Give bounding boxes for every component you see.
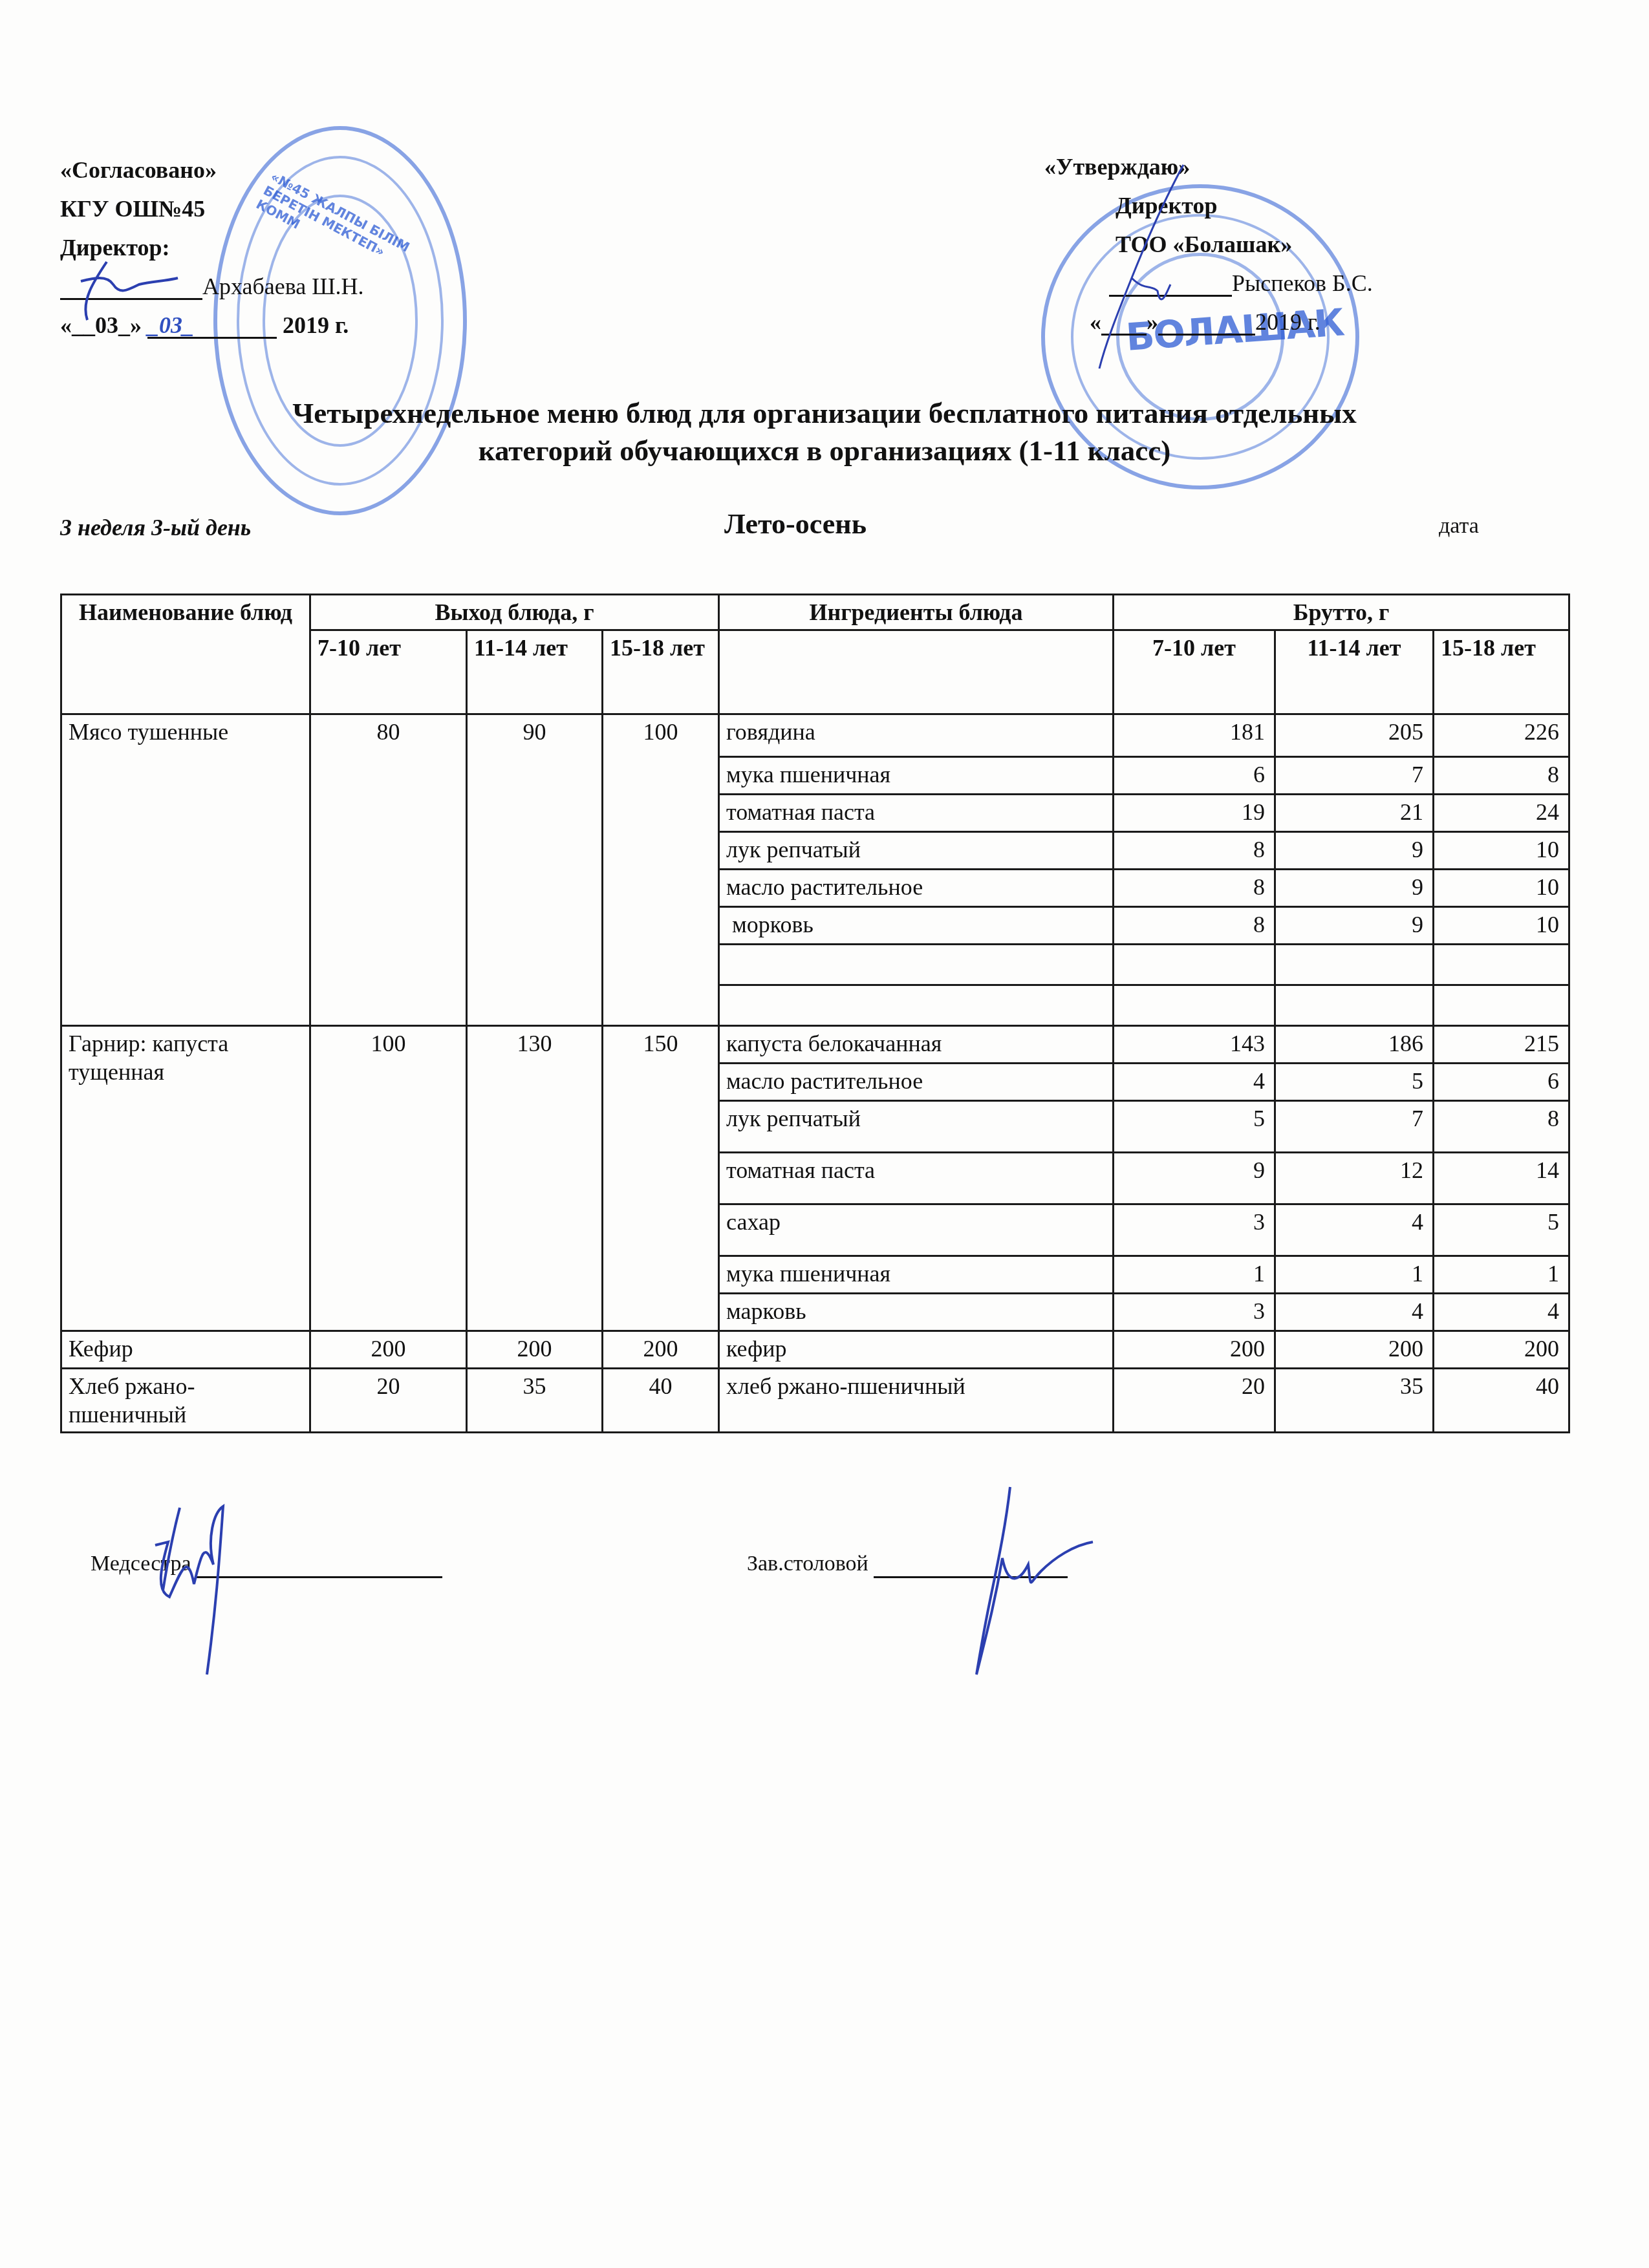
ingredient-gross-3: 226	[1434, 714, 1569, 757]
dish-yield-2: 130	[467, 1026, 603, 1331]
ingredient-gross-1: 200	[1114, 1331, 1275, 1369]
ingredient-name: марковь	[719, 1294, 1114, 1331]
table-row: Гарнир: капуста тущенная100130150капуста…	[61, 1026, 1569, 1064]
ingredient-gross-3: 200	[1434, 1331, 1569, 1369]
ingredient-name: кефир	[719, 1331, 1114, 1369]
ingredient-name: масло растительное	[719, 1064, 1114, 1101]
header-gross-age-2: 11-14 лет	[1275, 630, 1434, 714]
table-row: Кефир200200200кефир200200200	[61, 1331, 1569, 1369]
ingredient-gross-3	[1434, 985, 1569, 1026]
ingredient-gross-1: 20	[1114, 1369, 1275, 1433]
ingredient-name	[719, 945, 1114, 985]
ingredient-gross-3: 24	[1434, 795, 1569, 832]
ingredient-gross-3: 10	[1434, 832, 1569, 870]
ingredient-gross-3: 8	[1434, 1101, 1569, 1153]
director-ink-signature-icon	[68, 255, 197, 346]
title-line-1: Четырехнедельное меню блюд для организац…	[0, 394, 1649, 432]
header-gross-age-1: 7-10 лет	[1114, 630, 1275, 714]
header-yield-age-3: 15-18 лет	[603, 630, 719, 714]
ingredient-gross-1: 143	[1114, 1026, 1275, 1064]
nurse-ink-signature-icon	[110, 1493, 278, 1681]
ingredient-gross-2: 9	[1275, 907, 1434, 945]
ingredient-gross-2: 12	[1275, 1153, 1434, 1204]
agreed-date-year: 2019 г.	[283, 312, 349, 338]
table-row: Хлеб ржано-пшеничный203540хлеб ржано-пше…	[61, 1369, 1569, 1433]
ingredient-name: капуста белокачанная	[719, 1026, 1114, 1064]
ingredient-name: морковь	[719, 907, 1114, 945]
ingredient-gross-3: 6	[1434, 1064, 1569, 1101]
ingredient-gross-1: 6	[1114, 757, 1275, 795]
menu-table-body: Мясо тушенные8090100говядина181205226мук…	[61, 714, 1569, 1433]
ingredient-name: томатная паста	[719, 1153, 1114, 1204]
ingredient-gross-2: 200	[1275, 1331, 1434, 1369]
approve-date-year: 2019 г.	[1255, 309, 1320, 335]
header-dish-name: Наименование блюд	[61, 595, 310, 714]
ingredient-gross-1: 181	[1114, 714, 1275, 757]
ingredient-gross-2: 7	[1275, 757, 1434, 795]
agreed-name: Архабаева Ш.Н.	[202, 273, 364, 299]
dish-yield-3: 150	[603, 1026, 719, 1331]
ingredient-gross-1: 8	[1114, 832, 1275, 870]
approver-ink-signature-icon	[1093, 162, 1196, 375]
ingredient-gross-2: 21	[1275, 795, 1434, 832]
ingredient-gross-2: 4	[1275, 1294, 1434, 1331]
ingredient-gross-2: 1	[1275, 1256, 1434, 1294]
menu-table: Наименование блюд Выход блюда, г Ингреди…	[60, 594, 1570, 1433]
ingredient-name: лук репчатый	[719, 1101, 1114, 1153]
ingredient-name: мука пшеничная	[719, 1256, 1114, 1294]
dish-yield-1: 100	[310, 1026, 467, 1331]
header-ingredients-blank	[719, 630, 1114, 714]
ingredient-name: масло растительное	[719, 870, 1114, 907]
agreed-heading: «Согласовано»	[60, 158, 217, 182]
ingredient-name: мука пшеничная	[719, 757, 1114, 795]
ingredient-gross-3: 10	[1434, 907, 1569, 945]
title-line-2: категорий обучающихся в организациях (1-…	[0, 432, 1649, 469]
dish-name: Кефир	[61, 1331, 310, 1369]
ingredient-name: хлеб ржано-пшеничный	[719, 1369, 1114, 1433]
ingredient-name: лук репчатый	[719, 832, 1114, 870]
ingredient-gross-2: 9	[1275, 870, 1434, 907]
ingredient-gross-1: 9	[1114, 1153, 1275, 1204]
ingredient-gross-3: 14	[1434, 1153, 1569, 1204]
header-gross-age-3: 15-18 лет	[1434, 630, 1569, 714]
dish-yield-1: 20	[310, 1369, 467, 1433]
ingredient-gross-2: 186	[1275, 1026, 1434, 1064]
date-label: дата	[1439, 514, 1479, 539]
document-title: Четырехнедельное меню блюд для организац…	[0, 394, 1649, 469]
ingredient-gross-2: 4	[1275, 1204, 1434, 1256]
canteen-ink-signature-icon	[951, 1481, 1119, 1687]
week-day-label: 3 неделя 3-ый день	[60, 514, 251, 541]
ingredient-gross-3: 40	[1434, 1369, 1569, 1433]
ingredient-name: говядина	[719, 714, 1114, 757]
header-yield-age-1: 7-10 лет	[310, 630, 467, 714]
ingredient-gross-3: 5	[1434, 1204, 1569, 1256]
dish-yield-3: 200	[603, 1331, 719, 1369]
ingredient-gross-2: 7	[1275, 1101, 1434, 1153]
ingredient-gross-1: 3	[1114, 1204, 1275, 1256]
dish-name: Гарнир: капуста тущенная	[61, 1026, 310, 1331]
ingredient-gross-2	[1275, 985, 1434, 1026]
table-row: Мясо тушенные8090100говядина181205226	[61, 714, 1569, 757]
dish-yield-1: 80	[310, 714, 467, 1026]
ingredient-gross-1: 8	[1114, 870, 1275, 907]
dish-yield-3: 40	[603, 1369, 719, 1433]
canteen-label: Зав.столовой	[747, 1552, 868, 1576]
season-label: Лето-осень	[724, 508, 867, 540]
header-yield-age-2: 11-14 лет	[467, 630, 603, 714]
ingredient-name: сахар	[719, 1204, 1114, 1256]
header-yield: Выход блюда, г	[310, 595, 719, 630]
dish-name: Хлеб ржано-пшеничный	[61, 1369, 310, 1433]
ingredient-gross-1: 1	[1114, 1256, 1275, 1294]
ingredient-gross-3: 10	[1434, 870, 1569, 907]
dish-yield-3: 100	[603, 714, 719, 1026]
ingredient-gross-2: 9	[1275, 832, 1434, 870]
ingredient-gross-1	[1114, 985, 1275, 1026]
ingredient-gross-2: 35	[1275, 1369, 1434, 1433]
dish-yield-2: 200	[467, 1331, 603, 1369]
ingredient-name: томатная паста	[719, 795, 1114, 832]
dish-name: Мясо тушенные	[61, 714, 310, 1026]
dish-yield-2: 35	[467, 1369, 603, 1433]
ingredient-gross-3: 8	[1434, 757, 1569, 795]
ingredient-name	[719, 985, 1114, 1026]
ingredient-gross-1: 4	[1114, 1064, 1275, 1101]
ingredient-gross-3: 1	[1434, 1256, 1569, 1294]
header-ingredients: Ингредиенты блюда	[719, 595, 1114, 630]
ingredient-gross-1: 5	[1114, 1101, 1275, 1153]
ingredient-gross-2: 5	[1275, 1064, 1434, 1101]
ingredient-gross-1	[1114, 945, 1275, 985]
ingredient-gross-2	[1275, 945, 1434, 985]
agreed-org: КГУ ОШ№45	[60, 197, 205, 220]
ingredient-gross-3	[1434, 945, 1569, 985]
ingredient-gross-3: 4	[1434, 1294, 1569, 1331]
ingredient-gross-1: 19	[1114, 795, 1275, 832]
dish-yield-1: 200	[310, 1331, 467, 1369]
ingredient-gross-1: 8	[1114, 907, 1275, 945]
approve-name: Рыспеков Б.С.	[1232, 270, 1373, 296]
ingredient-gross-1: 3	[1114, 1294, 1275, 1331]
ingredient-gross-2: 205	[1275, 714, 1434, 757]
header-gross: Брутто, г	[1114, 595, 1569, 630]
ingredient-gross-3: 215	[1434, 1026, 1569, 1064]
dish-yield-2: 90	[467, 714, 603, 1026]
